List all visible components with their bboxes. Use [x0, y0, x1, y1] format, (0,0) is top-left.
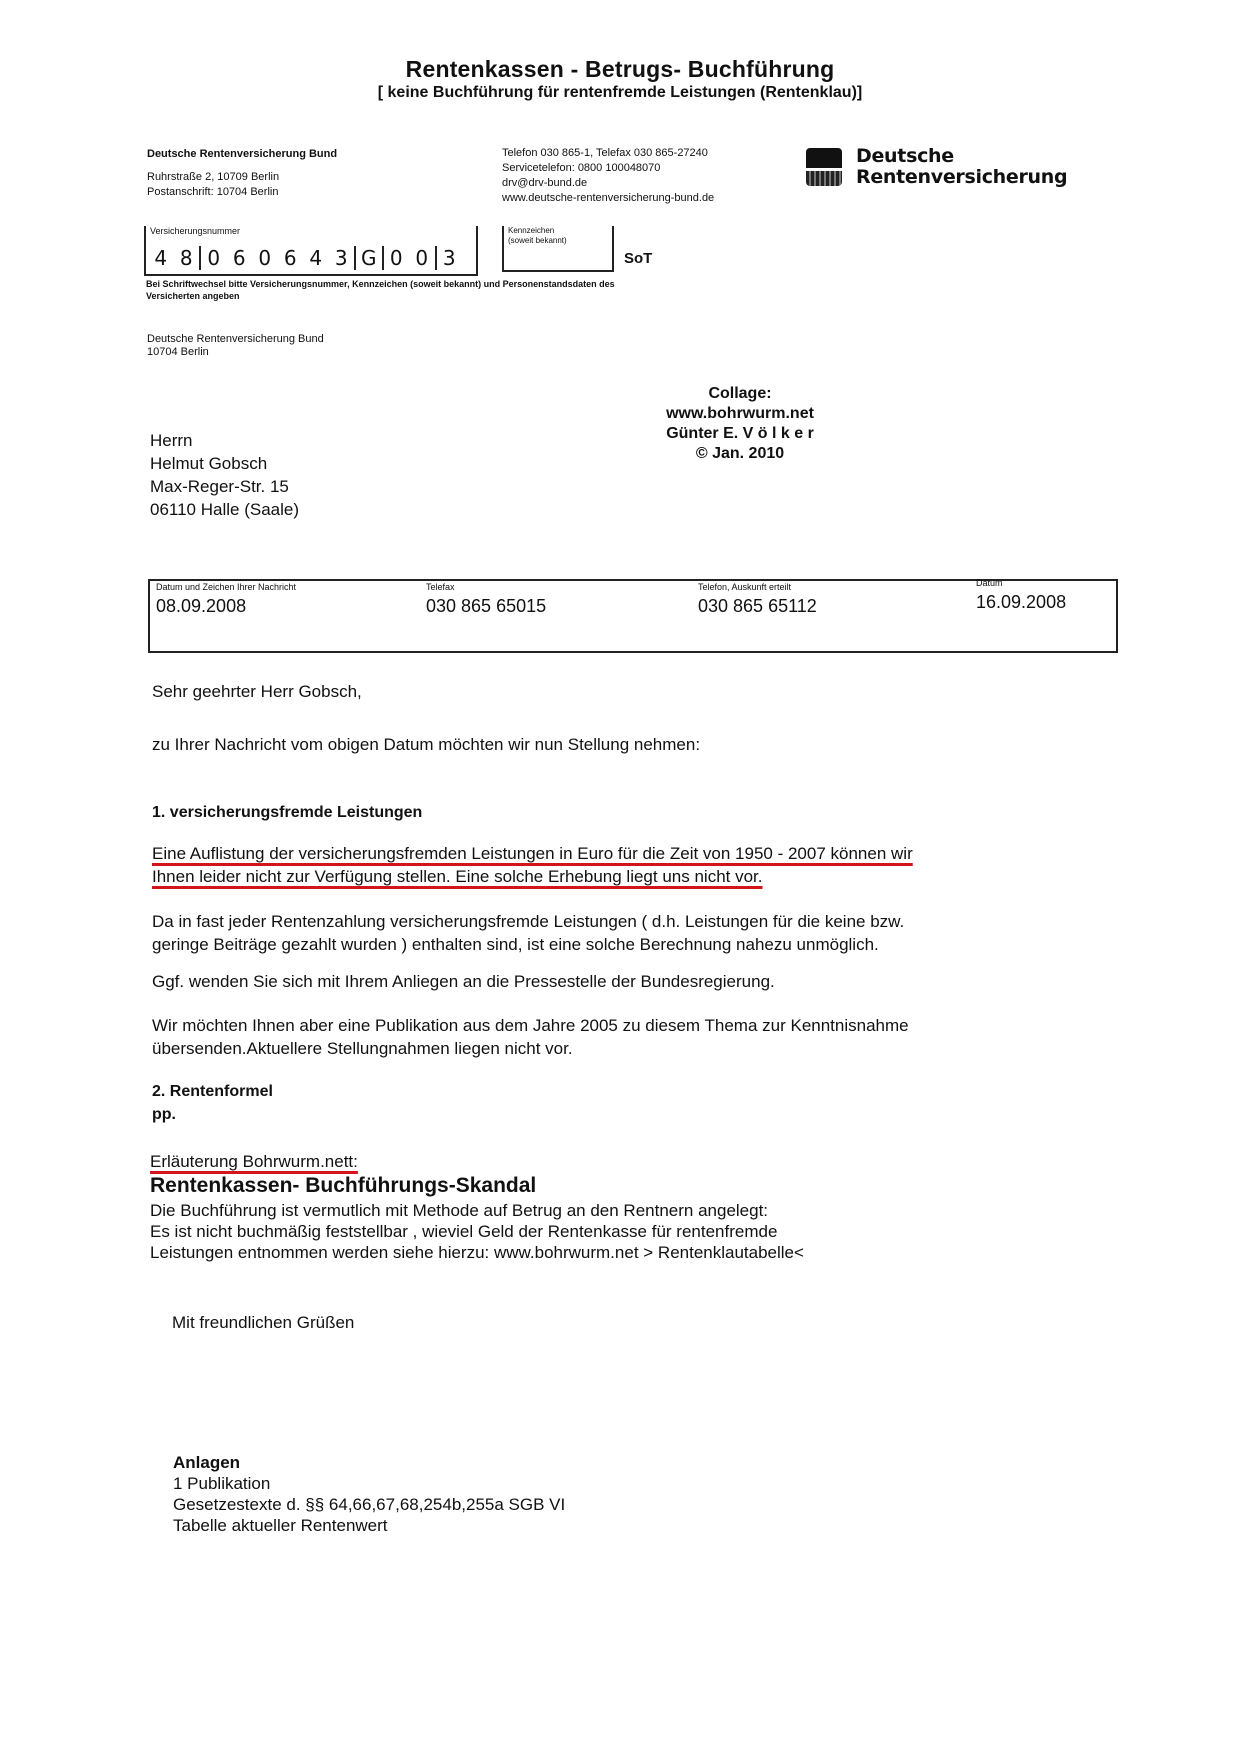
digit: 0	[199, 246, 227, 270]
sender-name: Deutsche Rentenversicherung Bund	[147, 148, 337, 160]
drv-logo-text: Deutsche Rentenversicherung	[856, 146, 1067, 188]
kennzeichen-box: Kennzeichen (soweit bekannt)	[502, 226, 614, 272]
explanation-label: Erläuterung Bohrwurm.nett:	[150, 1152, 358, 1172]
explanation-line: Leistungen entnommen werden siehe hierzu…	[150, 1242, 804, 1263]
insurance-number-label: Versicherungsnummer	[150, 226, 240, 236]
underlined-text: Eine Auflistung der versicherungsfremden…	[152, 844, 913, 863]
digit: 0	[409, 246, 435, 270]
info-value: 030 865 65015	[426, 596, 546, 617]
info-label: Datum	[976, 578, 1066, 588]
sender-address-line1: Ruhrstraße 2, 10709 Berlin	[147, 170, 337, 185]
contact-phone: Telefon 030 865-1, Telefax 030 865-27240	[502, 146, 714, 161]
section2-heading: 2. Rentenformel	[152, 1083, 273, 1101]
info-value: 08.09.2008	[156, 596, 296, 617]
info-value: 030 865 65112	[698, 596, 817, 617]
recipient-city: 06110 Halle (Saale)	[150, 498, 299, 521]
contact-block: Telefon 030 865-1, Telefax 030 865-27240…	[502, 146, 714, 206]
explanation-body: Die Buchführung ist vermutlich mit Metho…	[150, 1200, 804, 1263]
collage-website: www.bohrwurm.net	[640, 404, 840, 424]
document-title: Rentenkassen - Betrugs- Buchführung	[0, 56, 1240, 83]
kennzeichen-label-line2: (soweit bekannt)	[508, 236, 567, 246]
paragraph-line: Da in fast jeder Rentenzahlung versicher…	[152, 910, 904, 933]
digit: 0	[382, 246, 410, 270]
paragraph-line: geringe Beiträge gezahlt wurden ) enthal…	[152, 933, 904, 956]
section1-heading: 1. versicherungsfremde Leistungen	[152, 804, 422, 822]
digit: 4	[148, 246, 174, 270]
explanation-title: Rentenkassen- Buchführungs-Skandal	[150, 1174, 536, 1198]
section1-paragraph4: Wir möchten Ihnen aber eine Publikation …	[152, 1014, 909, 1060]
sender-address-line2: Postanschrift: 10704 Berlin	[147, 185, 337, 200]
info-value: 16.09.2008	[976, 592, 1066, 613]
sot-mark: SoT	[624, 250, 652, 267]
drv-logo-icon	[806, 148, 842, 186]
attachment-item: Gesetzestexte d. §§ 64,66,67,68,254b,255…	[173, 1494, 565, 1515]
insurance-number-digits: 4 8 0 6 0 6 4 3 G 0 0 3	[148, 246, 462, 270]
contact-email: drv@drv-bund.de	[502, 176, 714, 191]
insurance-number-note: Bei Schriftwechsel bitte Versicherungsnu…	[146, 278, 646, 302]
attachment-item: Tabelle aktueller Rentenwert	[173, 1515, 565, 1536]
section1-paragraph2: Da in fast jeder Rentenzahlung versicher…	[152, 910, 904, 956]
attachments-heading: Anlagen	[173, 1452, 565, 1473]
explanation-line: Es ist nicht buchmäßig feststellbar , wi…	[150, 1221, 804, 1242]
insurance-number-box: Versicherungsnummer 4 8 0 6 0 6 4 3 G 0 …	[144, 226, 478, 276]
attachments: Anlagen 1 Publikation Gesetzestexte d. §…	[173, 1452, 565, 1536]
drv-logo: Deutsche Rentenversicherung	[806, 146, 1067, 188]
info-field-date: Datum 16.09.2008	[976, 577, 1066, 613]
attachment-item: 1 Publikation	[173, 1473, 565, 1494]
return-address: Deutsche Rentenversicherung Bund 10704 B…	[147, 333, 324, 359]
letter-greeting: Sehr geehrter Herr Gobsch,	[152, 680, 362, 703]
digit: 6	[227, 246, 253, 270]
digit: 4	[303, 246, 329, 270]
collage-line1: Collage:	[640, 384, 840, 404]
kennzeichen-label: Kennzeichen (soweit bekannt)	[508, 226, 567, 246]
recipient-street: Max-Reger-Str. 15	[150, 475, 299, 498]
recipient-address: Herrn Helmut Gobsch Max-Reger-Str. 15 06…	[150, 429, 299, 521]
logo-line1: Deutsche	[856, 146, 1067, 167]
paragraph-line: Wir möchten Ihnen aber eine Publikation …	[152, 1014, 909, 1037]
recipient-salutation: Herrn	[150, 429, 299, 452]
section1-paragraph1: Eine Auflistung der versicherungsfremden…	[152, 842, 913, 888]
collage-author: Günter E. V ö l k e r	[640, 424, 840, 444]
digit: 3	[329, 246, 355, 270]
digit: G	[354, 246, 382, 270]
reference-info-box: Datum und Zeichen Ihrer Nachricht 08.09.…	[148, 579, 1118, 653]
collage-credit: Collage: www.bohrwurm.net Günter E. V ö …	[640, 384, 840, 464]
return-address-line1: Deutsche Rentenversicherung Bund	[147, 333, 324, 346]
section1-paragraph3: Ggf. wenden Sie sich mit Ihrem Anliegen …	[152, 970, 775, 993]
letter-intro: zu Ihrer Nachricht vom obigen Datum möch…	[152, 733, 700, 756]
explanation-label-text: Erläuterung Bohrwurm.nett:	[150, 1152, 358, 1171]
digit: 6	[278, 246, 304, 270]
digit: 8	[174, 246, 200, 270]
sender-block: Deutsche Rentenversicherung Bund Ruhrstr…	[147, 148, 337, 200]
return-address-line2: 10704 Berlin	[147, 346, 324, 359]
document-subtitle: [ keine Buchführung für rentenfremde Lei…	[0, 84, 1240, 102]
closing: Mit freundlichen Grüßen	[172, 1313, 354, 1333]
kennzeichen-label-line1: Kennzeichen	[508, 226, 567, 236]
info-label: Telefon, Auskunft erteilt	[698, 582, 817, 592]
recipient-name: Helmut Gobsch	[150, 452, 299, 475]
info-field-message-date: Datum und Zeichen Ihrer Nachricht 08.09.…	[156, 581, 296, 617]
digit: 0	[252, 246, 278, 270]
underlined-text: Ihnen leider nicht zur Verfügung stellen…	[152, 867, 763, 886]
contact-website: www.deutsche-rentenversicherung-bund.de	[502, 191, 714, 206]
logo-line2: Rentenversicherung	[856, 167, 1067, 188]
info-label: Telefax	[426, 582, 546, 592]
digit: 3	[435, 246, 463, 270]
info-field-telefon: Telefon, Auskunft erteilt 030 865 65112	[698, 581, 817, 617]
info-label: Datum und Zeichen Ihrer Nachricht	[156, 582, 296, 592]
collage-copyright: © Jan. 2010	[640, 444, 840, 464]
explanation-line: Die Buchführung ist vermutlich mit Metho…	[150, 1200, 804, 1221]
contact-service-phone: Servicetelefon: 0800 100048070	[502, 161, 714, 176]
section2-text: pp.	[152, 1106, 176, 1124]
info-field-telefax: Telefax 030 865 65015	[426, 581, 546, 617]
paragraph-line: übersenden.Aktuellere Stellungnahmen lie…	[152, 1037, 909, 1060]
